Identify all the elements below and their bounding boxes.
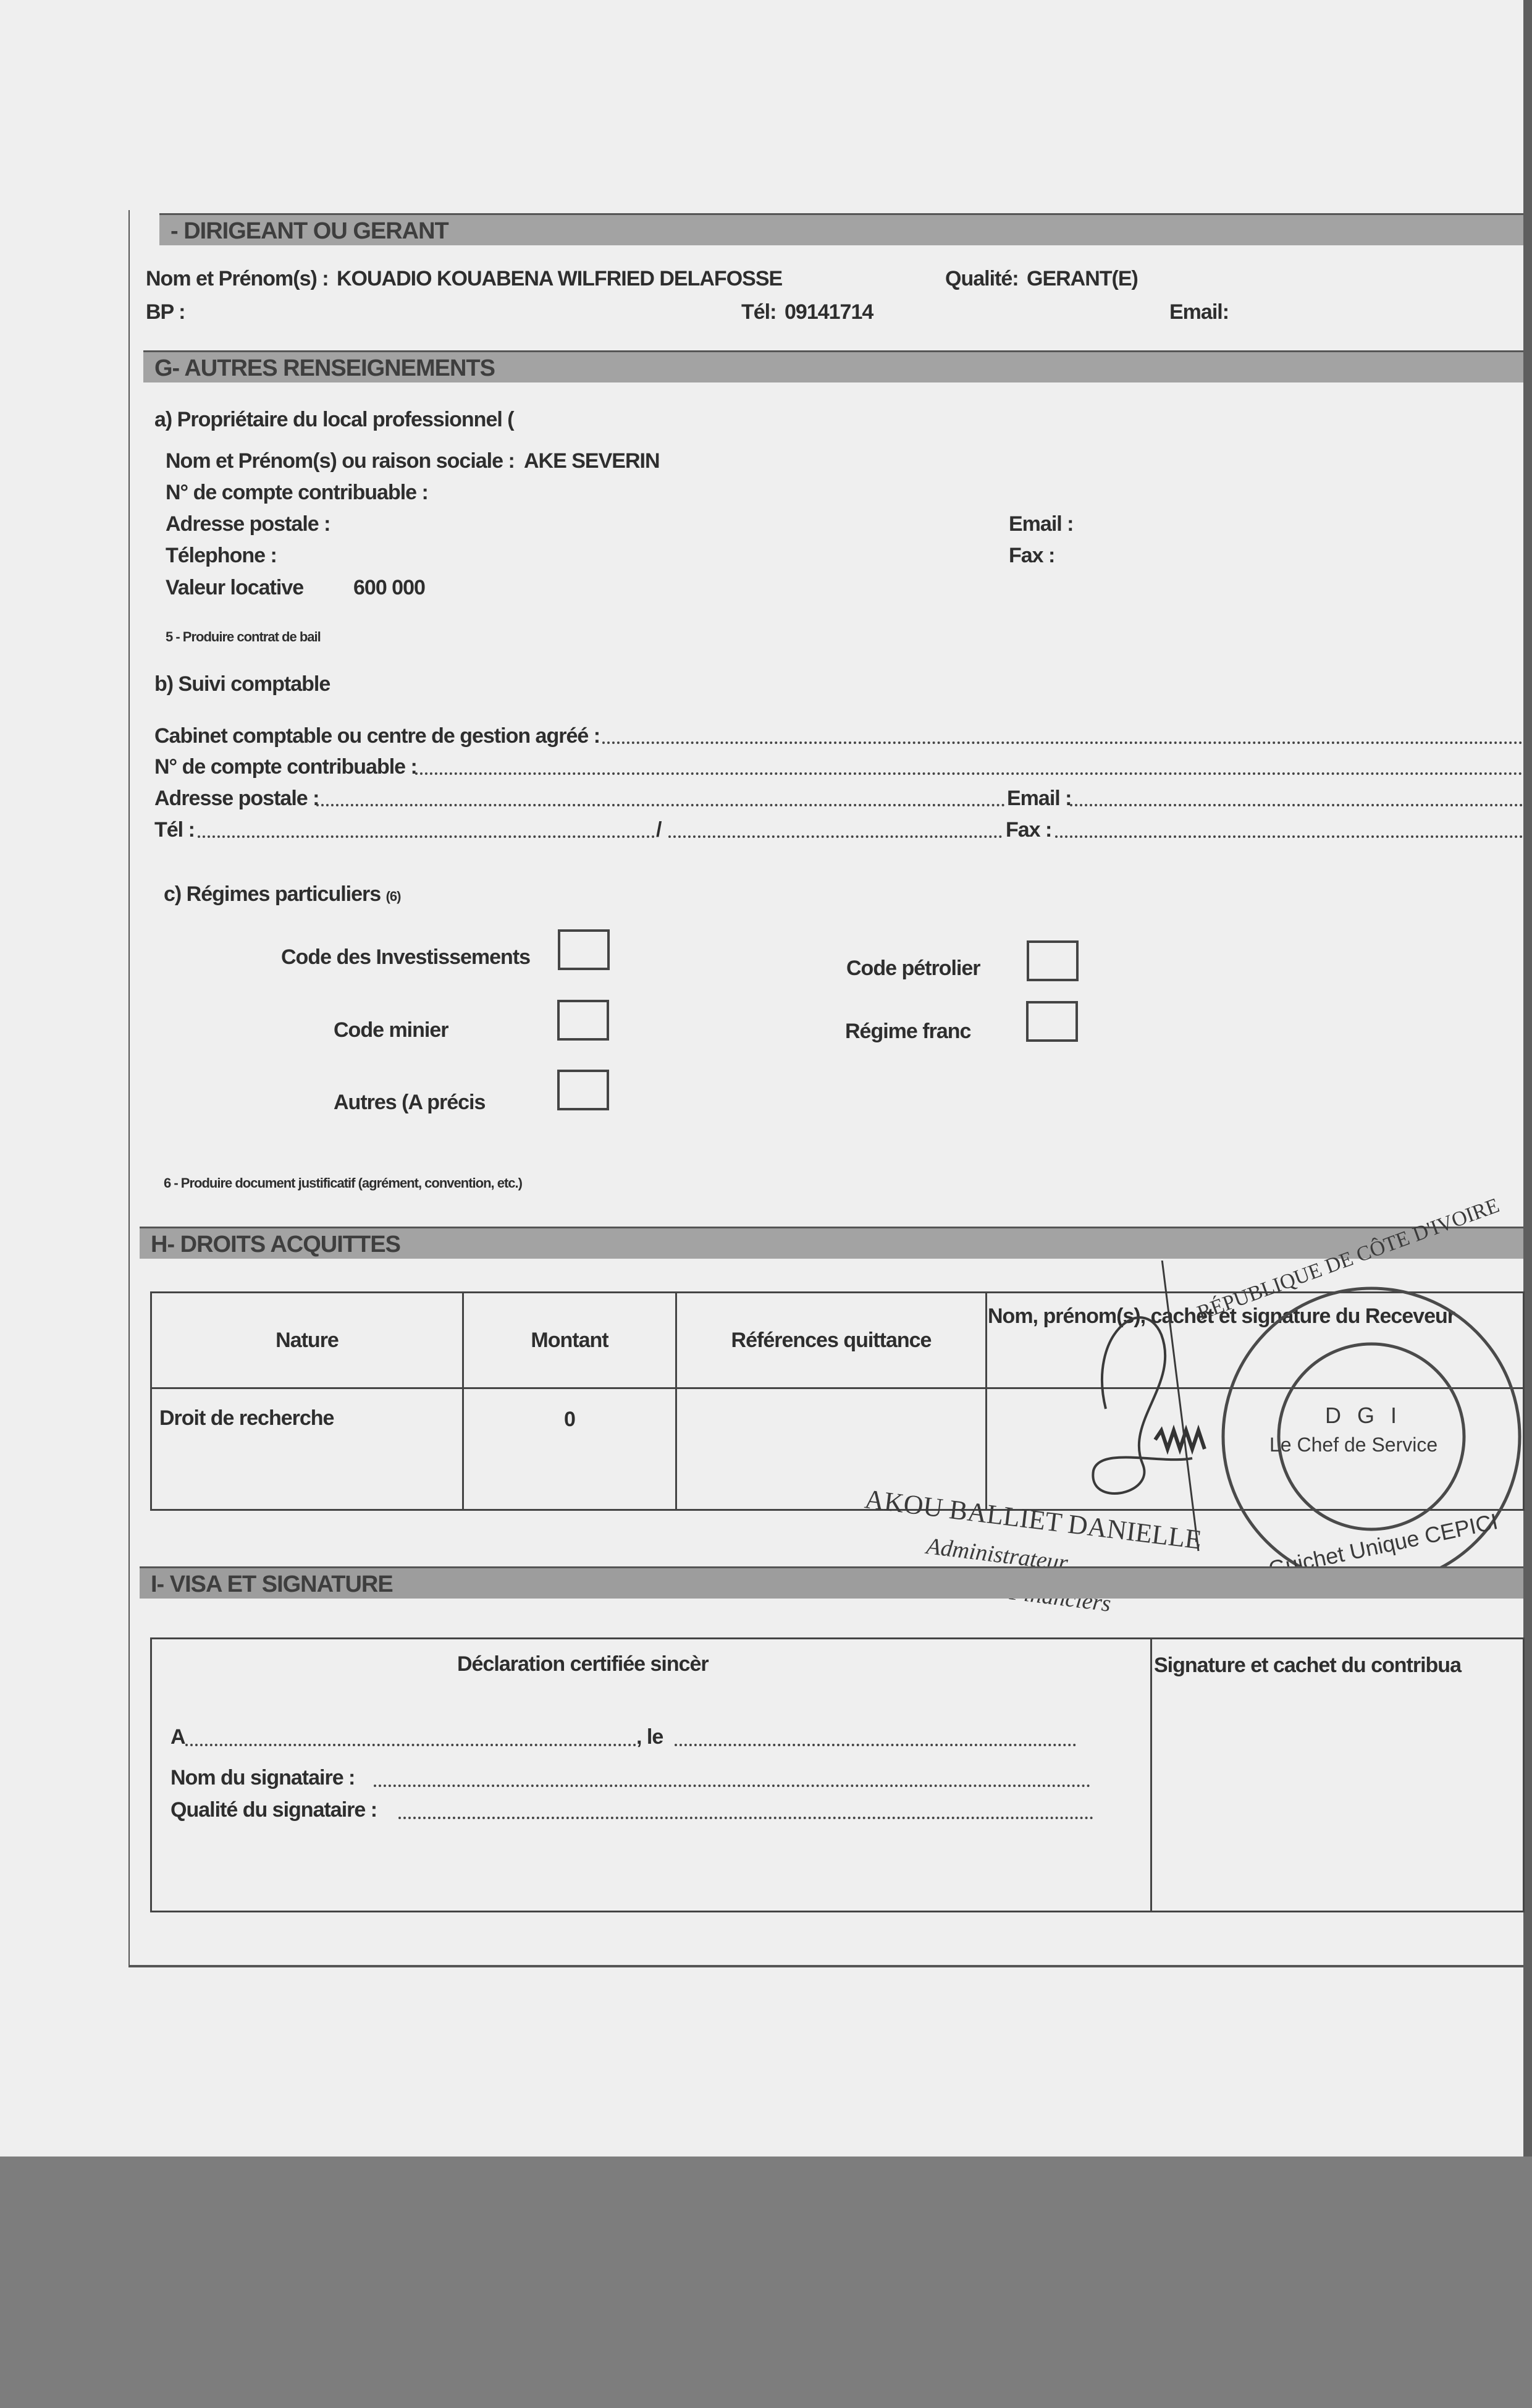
proprietaire-name-label: Nom et Prénom(s) ou raison sociale :: [166, 449, 515, 473]
visa-divider: [1150, 1637, 1152, 1912]
visa-lieu-field[interactable]: [185, 1744, 636, 1746]
proprietaire-telephone-label: Télephone :: [166, 544, 277, 568]
dirigeant-email-label: Email:: [1169, 300, 1229, 324]
visa-nom-signataire-field[interactable]: [374, 1785, 1090, 1787]
dirigeant-name-value: KOUADIO KOUABENA WILFRIED DELAFOSSE: [337, 267, 782, 291]
proprietaire-valeur-value: 600 000: [353, 576, 425, 600]
regime-label-autres: Autres (A précis: [334, 1091, 485, 1115]
frame-bottom-border: [128, 1965, 1523, 1967]
suivi-adresse-label: Adresse postale :: [154, 787, 319, 811]
visa-signature-title: Signature et cachet du contribua: [1154, 1654, 1461, 1678]
regime-label-minier: Code minier: [334, 1018, 448, 1042]
proprietaire-compte-label: N° de compte contribuable :: [166, 481, 428, 505]
suivi-tel-field-2[interactable]: [668, 835, 1002, 838]
droits-header-montant: Montant: [463, 1293, 676, 1388]
proprietaire-fax-label: Fax :: [1009, 544, 1054, 568]
visa-nom-signataire-label: Nom du signataire :: [170, 1766, 355, 1790]
dirigeant-qualite-value: GERANT(E): [1027, 267, 1138, 291]
section-g-header: G- AUTRES RENSEIGNEMENTS: [143, 350, 1523, 382]
regime-checkbox-franc[interactable]: [1026, 1001, 1078, 1042]
visa-qualite-signataire-field[interactable]: [398, 1817, 1093, 1819]
suivi-tel-label: Tél :: [154, 818, 195, 842]
proprietaire-valeur-label: Valeur locative: [166, 576, 303, 600]
visa-table: [150, 1637, 1525, 1912]
visa-declaration-title: Déclaration certifiée sincèr: [457, 1652, 709, 1676]
proprietaire-name-value: AKE SEVERIN: [524, 449, 660, 473]
visa-date-field[interactable]: [675, 1744, 1076, 1746]
regime-label-petrolier: Code pétrolier: [846, 957, 980, 981]
suivi-fax-field[interactable]: [1055, 835, 1523, 838]
proprietaire-adresse-label: Adresse postale :: [166, 512, 330, 536]
regime-checkbox-autres[interactable]: [557, 1070, 609, 1110]
section-i-header: I- VISA ET SIGNATURE: [140, 1566, 1523, 1599]
suivi-email-label: Email :: [1007, 787, 1071, 811]
page-edge-shadow: [1523, 0, 1532, 2157]
section-f-header: - DIRIGEANT OU GERANT: [159, 213, 1523, 245]
regimes-heading-text: c) Régimes particuliers: [164, 882, 381, 906]
proprietaire-heading: a) Propriétaire du local professionnel (: [154, 408, 514, 432]
suivi-tel-field-1[interactable]: [198, 835, 655, 838]
regimes-heading: c) Régimes particuliers (6): [164, 882, 401, 906]
dirigeant-qualite-label: Qualité:: [945, 267, 1019, 291]
dirigeant-tel-value: 09141714: [785, 300, 873, 324]
regime-checkbox-minier[interactable]: [557, 1000, 609, 1041]
suivi-compte-label: N° de compte contribuable :: [154, 755, 417, 779]
dirigeant-name-label: Nom et Prénom(s) :: [146, 267, 329, 291]
section-h-header: H- DROITS ACQUITTES: [140, 1227, 1523, 1259]
suivi-cabinet-label: Cabinet comptable ou centre de gestion a…: [154, 724, 600, 748]
suivi-compte-field[interactable]: [415, 772, 1523, 775]
suivi-tel-separator: /: [656, 818, 661, 842]
suivi-fax-label: Fax :: [1006, 818, 1051, 842]
droits-header-nature: Nature: [151, 1293, 463, 1388]
regime-checkbox-investissements[interactable]: [558, 929, 610, 970]
suivi-heading: b) Suivi comptable: [154, 672, 330, 696]
suivi-email-field[interactable]: [1070, 804, 1523, 806]
droits-cell-nature: Droit de recherche: [151, 1388, 463, 1510]
frame-left-border: [128, 210, 130, 1965]
stamp-center-line1: D G I: [1325, 1403, 1402, 1429]
droits-cell-montant: 0: [463, 1388, 676, 1510]
visa-le-label: , le: [636, 1725, 663, 1749]
regime-checkbox-petrolier[interactable]: [1027, 940, 1079, 981]
stamp-center-line2: Le Chef de Service: [1269, 1434, 1437, 1456]
dirigeant-bp-label: BP :: [146, 300, 185, 324]
dirigeant-tel-label: Tél:: [741, 300, 776, 324]
droits-header-references: Références quittance: [676, 1293, 987, 1388]
suivi-adresse-field[interactable]: [316, 804, 1005, 806]
suivi-cabinet-field[interactable]: [602, 741, 1523, 744]
proprietaire-email-label: Email :: [1009, 512, 1073, 536]
regime-label-investissements: Code des Investissements: [281, 945, 530, 970]
visa-qualite-signataire-label: Qualité du signataire :: [170, 1798, 377, 1822]
regimes-note: 6 - Produire document justificatif (agré…: [164, 1175, 522, 1191]
proprietaire-note: 5 - Produire contrat de bail: [166, 629, 321, 645]
visa-a-label: A: [170, 1725, 185, 1749]
regime-label-franc: Régime franc: [845, 1020, 970, 1044]
regimes-heading-note: (6): [386, 889, 401, 904]
